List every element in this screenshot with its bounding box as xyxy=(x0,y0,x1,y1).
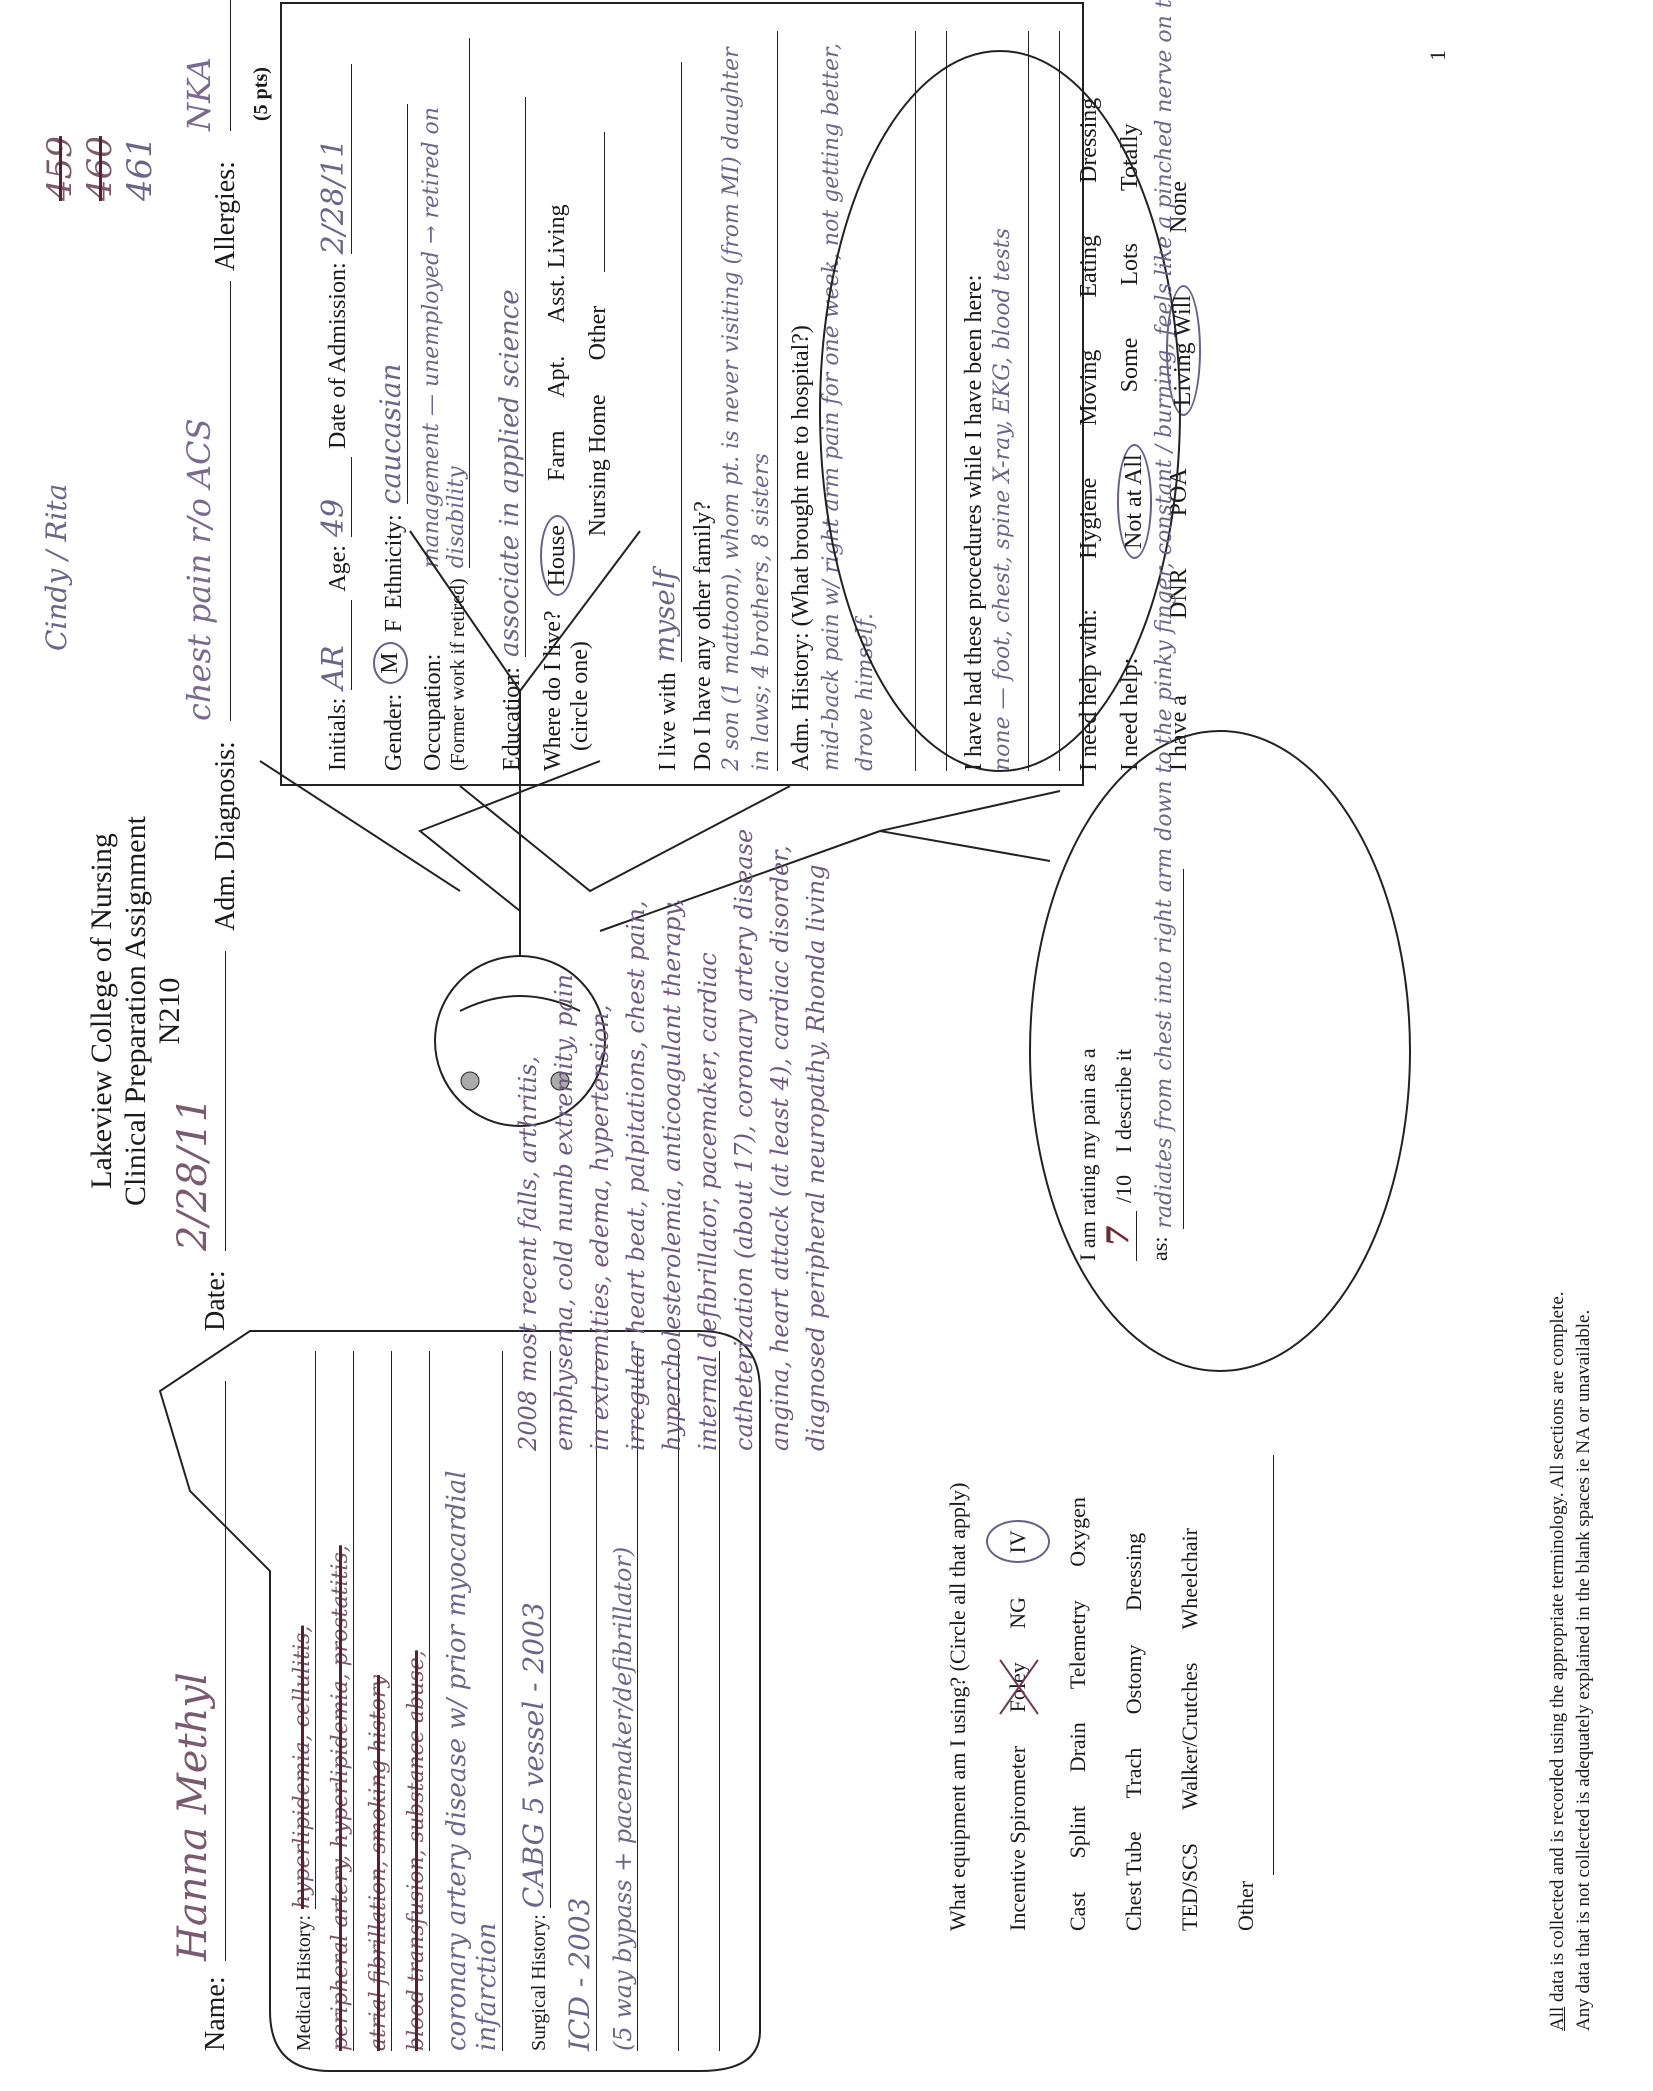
surgical-history-line-2[interactable]: ICD - 2003 xyxy=(563,1351,597,2051)
equipment-drain[interactable]: Drain xyxy=(1065,1722,1090,1772)
equipment-iv[interactable]: IV xyxy=(986,1520,1050,1563)
equipment-other-label: Other xyxy=(1218,1881,1274,1931)
figure-note-line: internal defibrillator, pacemaker, cardi… xyxy=(690,751,726,1451)
name-field[interactable]: Hanna Methyl xyxy=(170,1381,226,1961)
equipment-question: What equipment am I using? (Circle all t… xyxy=(930,1271,986,1931)
allergies-field[interactable]: NKA xyxy=(180,0,231,131)
equipment-foley[interactable]: Foley xyxy=(990,1662,1046,1712)
adm-history-label: Adm. History: (What brought me to hospit… xyxy=(788,325,814,771)
procedures-label: I have had these procedures while I have… xyxy=(961,275,987,771)
equipment-oxygen[interactable]: Oxygen xyxy=(1065,1497,1090,1567)
equipment-ostomy[interactable]: Ostomy xyxy=(1121,1645,1146,1715)
education-field[interactable]: associate in applied science xyxy=(495,97,526,657)
family-label: Do I have any other family? xyxy=(690,501,716,771)
live-with-field[interactable]: myself xyxy=(648,62,682,662)
history-section: Medical History: hyperlipidemia, celluli… xyxy=(290,1351,720,2051)
gender-option-m[interactable]: M xyxy=(373,642,408,683)
occupation-label: Occupation: xyxy=(420,578,447,771)
help-with-moving[interactable]: Moving xyxy=(1076,350,1103,426)
figure-note-line: hypercholesterolemia, anticoagulant ther… xyxy=(654,751,690,1451)
figure-note-line: catheterization (about 17), coronary art… xyxy=(726,751,762,1451)
pain-rating-field[interactable]: 7 xyxy=(1101,1211,1137,1261)
need-help-some[interactable]: Some xyxy=(1117,338,1152,393)
surgical-history-blank-1[interactable] xyxy=(638,1351,679,2051)
medical-history-struck-2: peripheral artery, hyperlipidemia, prost… xyxy=(328,1351,354,2051)
equipment-trach[interactable]: Trach xyxy=(1121,1748,1146,1799)
equipment-ted-scs[interactable]: TED/SCS xyxy=(1177,1843,1202,1931)
footer-line-1: data is collected and is recorded using … xyxy=(1547,1291,1568,2006)
assignment-name: Clinical Preparation Assignment xyxy=(119,711,153,1311)
figure-note-line: diagnosed peripheral neuropathy, Rhonda … xyxy=(798,751,834,1451)
figure-note-line: irregular heart beat, palpitations, ches… xyxy=(618,751,654,1451)
footer-note: All data is collected and is recorded us… xyxy=(1545,1291,1597,2031)
need-help-lots[interactable]: Lots xyxy=(1117,243,1152,286)
occupation-field[interactable]: management — unemployed → retired on dis… xyxy=(419,38,470,568)
pain-describe-label: I describe it xyxy=(1111,1049,1137,1153)
equipment-incentive-spirometer[interactable]: Incentive Spirometer xyxy=(1005,1746,1030,1931)
figure-note-line: emphysema, cold numb extremity, pain xyxy=(546,751,582,1451)
record-number-3: 461 xyxy=(120,136,160,201)
medical-history-label: Medical History: xyxy=(293,1915,316,2051)
demographics-content: Initials: AR Age: 49 Date of Admission: … xyxy=(300,11,1201,771)
medical-history-struck-3: atrial fibrillation, smoking history xyxy=(366,1351,392,2051)
residence-option-farm[interactable]: Farm xyxy=(544,430,570,481)
points-label: (5 pts) xyxy=(250,67,273,121)
figure-note-line: in extremities, edema, hypertension, xyxy=(582,751,618,1451)
allergies-label: Allergies: xyxy=(210,161,242,271)
surgical-history-line-3[interactable]: (5 way bypass + pacemaker/defibrillator) xyxy=(609,1351,638,2051)
diagnosis-label: Adm. Diagnosis: xyxy=(210,741,242,931)
procedures-field[interactable]: none — foot, chest, spine X-ray, EKG, bl… xyxy=(988,31,1029,771)
equipment-wheelchair[interactable]: Wheelchair xyxy=(1177,1528,1202,1629)
date-label: Date: xyxy=(200,1270,232,1331)
pain-description-field[interactable]: radiates from chest into right arm down … xyxy=(1147,869,1184,1229)
medical-history-struck-4: blood transfusion, substance abuse, xyxy=(404,1351,430,2051)
pain-section: I am rating my pain as a 7 /10 I describ… xyxy=(1075,841,1184,1261)
institution-name: Lakeview College of Nursing xyxy=(85,711,119,1311)
need-help-not-at-all[interactable]: Not at All xyxy=(1117,444,1152,559)
residence-option-assisted-living[interactable]: Asst. Living xyxy=(544,204,570,323)
residence-other-field[interactable] xyxy=(604,132,605,272)
record-number-1: 459 xyxy=(40,136,80,201)
help-with-dressing[interactable]: Dressing xyxy=(1076,98,1103,183)
figure-note-line: 2008 most recent falls, arthritis, xyxy=(510,751,546,1451)
equipment-telemetry[interactable]: Telemetry xyxy=(1065,1600,1090,1689)
ethnicity-field[interactable]: caucasian xyxy=(374,104,408,504)
adm-history-blank-line[interactable] xyxy=(916,31,947,771)
footer-line-2: Any data that is not collected is adequa… xyxy=(1571,1291,1597,2031)
help-with-eating[interactable]: Eating xyxy=(1076,235,1103,298)
admission-date-field[interactable]: 2/28/11 xyxy=(316,64,352,254)
need-help-label: I need help: xyxy=(1117,611,1152,771)
equipment-chest-tube[interactable]: Chest Tube xyxy=(1121,1831,1146,1931)
footer-all: All xyxy=(1547,2007,1568,2031)
occupation-hint: (Former work if retired) xyxy=(447,578,470,771)
admission-date-label: Date of Admission: xyxy=(325,262,352,449)
equipment-dressing[interactable]: Dressing xyxy=(1121,1533,1146,1611)
figure-notes: 2008 most recent falls, arthritis, emphy… xyxy=(510,751,834,1451)
need-help-totally[interactable]: Totally xyxy=(1117,123,1152,191)
page-number: 1 xyxy=(1425,50,1451,61)
residence-label: Where do I live? xyxy=(540,610,567,771)
equipment-cast[interactable]: Cast xyxy=(1065,1892,1090,1931)
medical-history-field[interactable]: coronary artery disease w/ prior myocard… xyxy=(442,1351,503,2051)
procedures-blank-line[interactable] xyxy=(1029,31,1060,771)
pain-scale: /10 xyxy=(1111,1175,1137,1203)
residence-option-apt[interactable]: Apt. xyxy=(544,356,570,398)
surgical-history-label: Surgical History: xyxy=(528,1914,551,2051)
surgical-history-blank-2[interactable] xyxy=(679,1351,720,2051)
ethnicity-label: Ethnicity: xyxy=(381,514,408,609)
gender-option-f[interactable]: F xyxy=(381,619,408,632)
initials-label: Initials: xyxy=(325,698,352,771)
equipment-ng[interactable]: NG xyxy=(1005,1597,1030,1629)
medical-history-struck-1: hyperlipidemia, cellulitis, xyxy=(290,1351,316,1909)
figure-note-line: angina, heart attack (at least 4), cardi… xyxy=(762,751,798,1451)
equipment-walker-crutches[interactable]: Walker/Crutches xyxy=(1177,1663,1202,1810)
clinical-prep-form: Cindy / Rita 459 460 461 1 Lakeview Coll… xyxy=(0,0,1653,2091)
help-with-hygiene[interactable]: Hygiene xyxy=(1076,478,1103,559)
date-field[interactable]: 2/28/11 xyxy=(170,951,226,1251)
initials-field[interactable]: AR xyxy=(316,600,352,690)
pain-rating-label: I am rating my pain as a xyxy=(1075,1048,1100,1261)
adm-history-field[interactable]: mid-back pain w/ right arm pain for one … xyxy=(815,31,916,771)
record-number-2: 460 xyxy=(80,136,120,201)
age-field[interactable]: 49 xyxy=(316,457,352,537)
age-label: Age: xyxy=(325,545,352,592)
residence-option-nursing-home[interactable]: Nursing Home xyxy=(585,394,611,536)
residence-hint: (circle one) xyxy=(567,610,594,771)
equipment-other-field[interactable] xyxy=(1243,1455,1274,1875)
gender-label: Gender: xyxy=(381,694,408,771)
help-with-label: I need help with: xyxy=(1076,611,1103,771)
pain-as-label: as: xyxy=(1147,1237,1184,1261)
residence-option-house[interactable]: House xyxy=(540,515,575,596)
name-label: Name: xyxy=(200,1976,232,2051)
equipment-section: What equipment am I using? (Circle all t… xyxy=(930,1271,1274,1931)
residence-option-other[interactable]: Other xyxy=(585,306,611,361)
diagnosis-field[interactable]: chest pain r/o ACS xyxy=(180,281,231,721)
equipment-splint[interactable]: Splint xyxy=(1065,1806,1090,1859)
family-field[interactable]: 2 son (1 mattoon), whom pt. is never vis… xyxy=(717,31,778,771)
side-note: Cindy / Rita xyxy=(40,484,74,651)
record-numbers: 459 460 461 xyxy=(40,136,160,201)
